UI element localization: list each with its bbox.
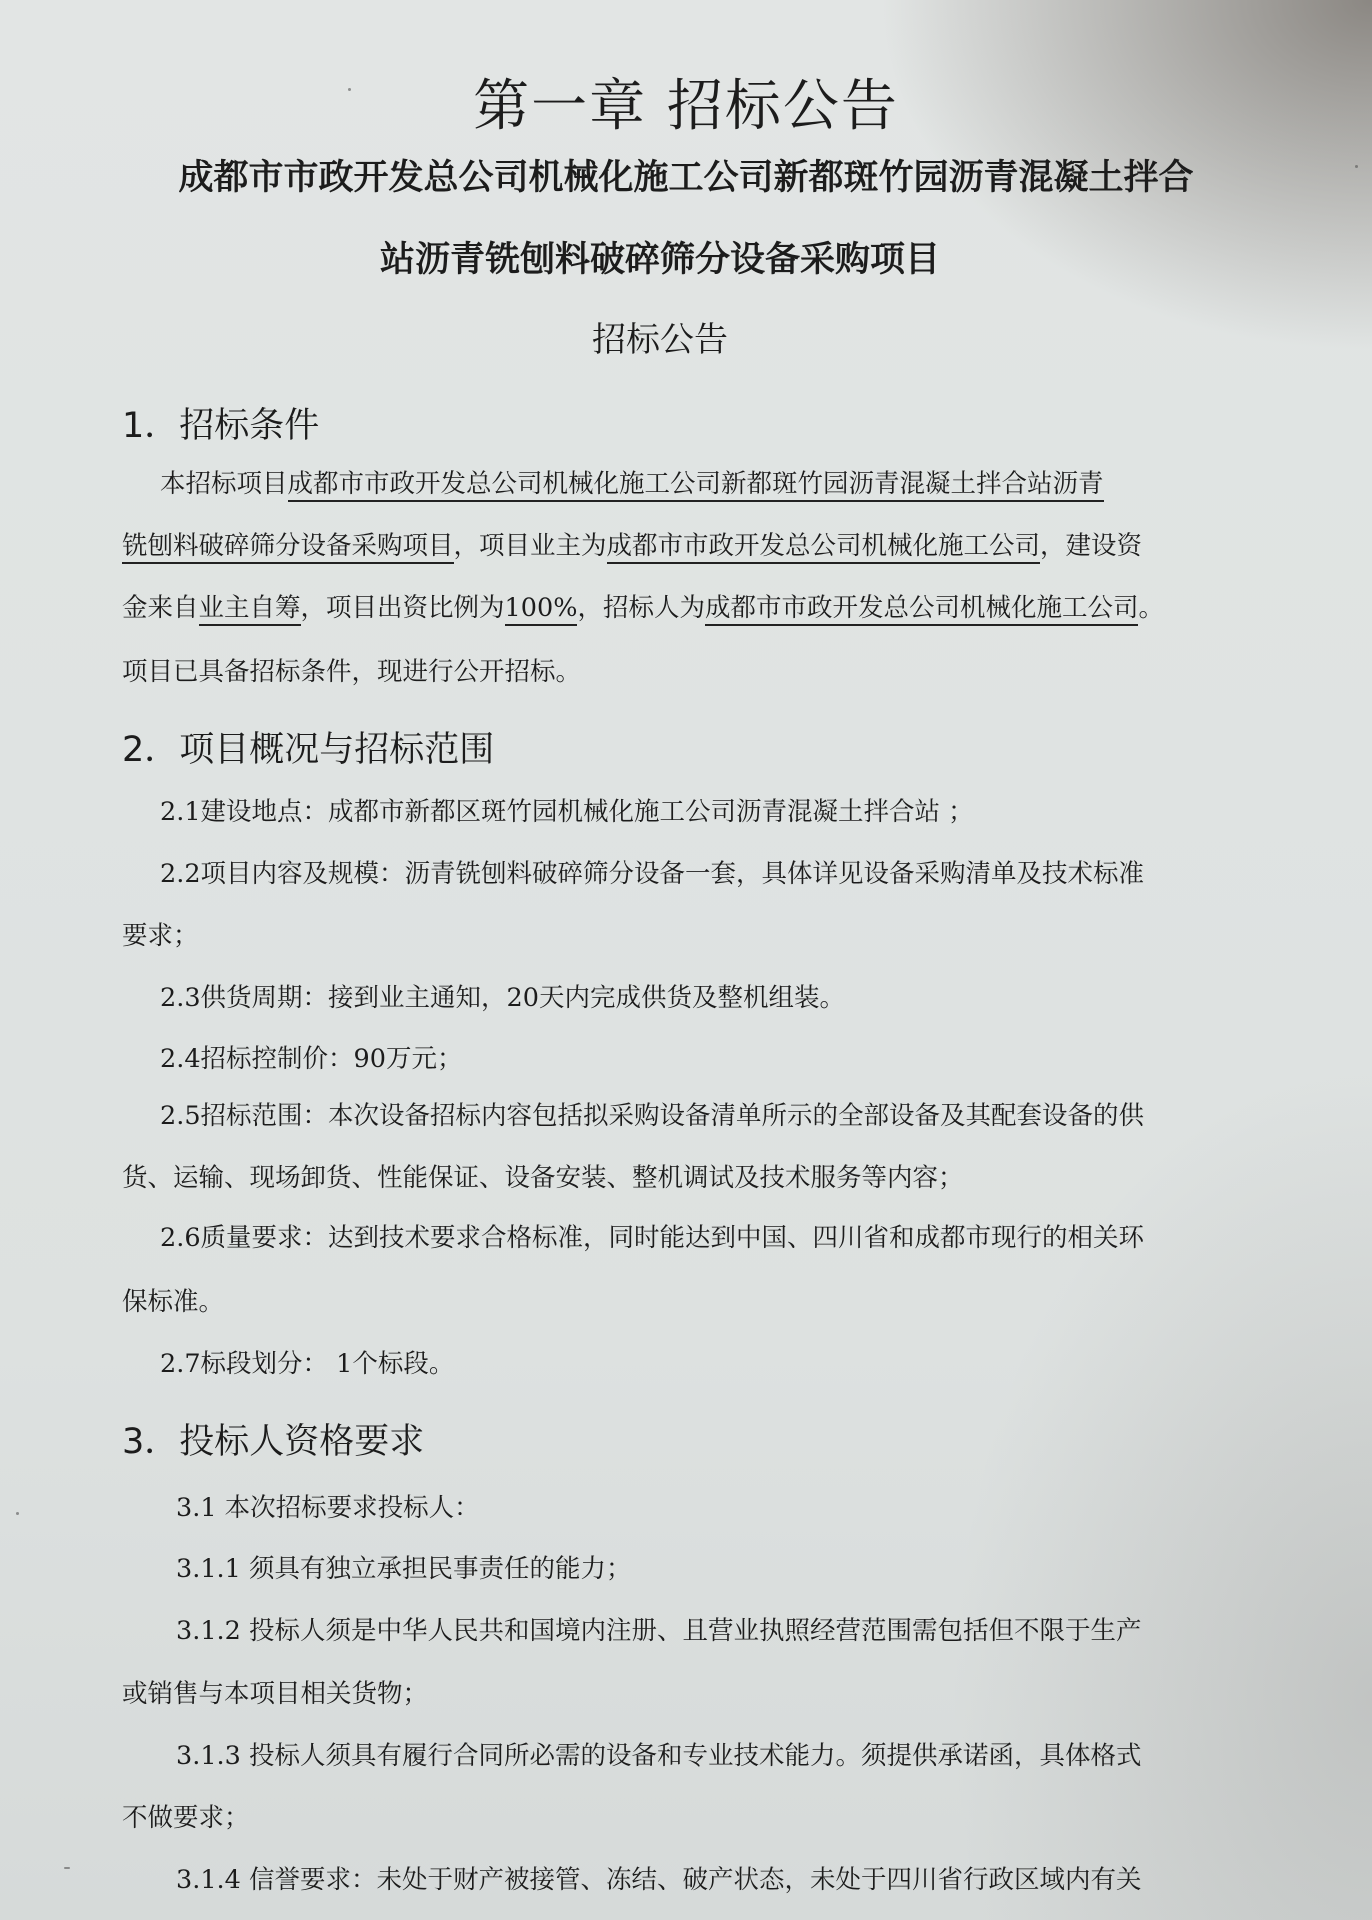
item-3-1-2: 3.1.2 投标人须是中华人民共和国境内注册、且营业执照经营范围需包括但不限于生… [176,1615,1142,1647]
section-heading-1: 1．招标条件 [122,398,319,448]
announcement-subtitle: 招标公告 [0,312,1320,361]
item-2-6-cont: 保标准。 [122,1286,224,1318]
section-1-line-4: 项目已具备招标条件，现进行公开招标。 [122,656,581,688]
project-name-underlined: 成都市市政开发总公司机械化施工公司新都斑竹园沥青混凝土拌合站沥青 [288,469,1104,502]
text: ，项目业主为 [454,531,607,561]
project-title-line-1: 成都市市政开发总公司机械化施工公司新都斑竹园沥青混凝土拌合 [0,150,1372,200]
item-2-7: 2.7标段划分： 1个标段。 [160,1348,454,1380]
paper-speck [348,88,351,91]
item-2-5-cont: 货、运输、现场卸货、性能保证、设备安装、整机调试及技术服务等内容； [122,1162,964,1194]
owner-name-underlined: 成都市市政开发总公司机械化施工公司 [607,531,1041,564]
text: ，招标人为 [577,593,705,623]
item-3-1-4: 3.1.4 信誉要求：未处于财产被接管、冻结、破产状态，未处于四川省行政区域内有… [176,1864,1142,1896]
text: 。 [1138,593,1164,623]
funding-source-underlined: 业主自筹 [199,593,301,626]
chapter-title: 第一章 招标公告 [0,62,1372,142]
item-3-1: 3.1 本次招标要求投标人： [176,1492,480,1524]
project-name-underlined: 铣刨料破碎筛分设备采购项目 [122,531,454,564]
section-1-line-1: 本招标项目成都市市政开发总公司机械化施工公司新都斑竹园沥青混凝土拌合站沥青 [160,468,1104,500]
section-1-line-3: 金来自业主自筹，项目出资比例为100%，招标人为成都市市政开发总公司机械化施工公… [122,592,1164,624]
item-3-1-3: 3.1.3 投标人须具有履行合同所必需的设备和专业技术能力。须提供承诺函，具体格… [176,1740,1142,1772]
item-2-3: 2.3供货周期：接到业主通知，20天内完成供货及整机组装。 [160,982,845,1014]
text: ，建设资 [1040,531,1142,561]
section-heading-2: 2．项目概况与招标范围 [122,722,494,772]
item-2-1: 2.1建设地点：成都市新都区斑竹园机械化施工公司沥青混凝土拌合站 ； [160,796,974,828]
item-2-2: 2.2项目内容及规模：沥青铣刨料破碎筛分设备一套，具体详见设备采购清单及技术标准 [160,858,1144,890]
paper-speck [16,1512,19,1515]
item-3-1-1: 3.1.1 须具有独立承担民事责任的能力； [176,1553,632,1585]
text: 金来自 [122,593,199,623]
tenderer-name-underlined: 成都市市政开发总公司机械化施工公司 [705,593,1139,626]
item-3-1-3-cont: 不做要求； [122,1802,250,1834]
item-2-2-cont: 要求； [122,920,199,952]
text: ，项目出资比例为 [301,593,505,623]
section-heading-3: 3．投标人资格要求 [122,1414,424,1464]
project-title-line-2: 站沥青铣刨料破碎筛分设备采购项目 [0,232,1320,282]
paper-speck [64,1867,70,1869]
section-1-line-2: 铣刨料破碎筛分设备采购项目，项目业主为成都市市政开发总公司机械化施工公司，建设资 [122,530,1142,562]
item-2-4: 2.4招标控制价：90万元； [160,1043,463,1075]
paper-speck [1355,165,1358,168]
item-3-1-2-cont: 或销售与本项目相关货物； [122,1678,428,1710]
document-page: 第一章 招标公告 成都市市政开发总公司机械化施工公司新都斑竹园沥青混凝土拌合 站… [0,0,1372,1920]
item-2-6: 2.6质量要求：达到技术要求合格标准，同时能达到中国、四川省和成都市现行的相关环 [160,1222,1144,1254]
item-2-5: 2.5招标范围：本次设备招标内容包括拟采购设备清单所示的全部设备及其配套设备的供 [160,1100,1144,1132]
funding-ratio-underlined: 100% [505,593,578,626]
text: 本招标项目 [160,469,288,499]
